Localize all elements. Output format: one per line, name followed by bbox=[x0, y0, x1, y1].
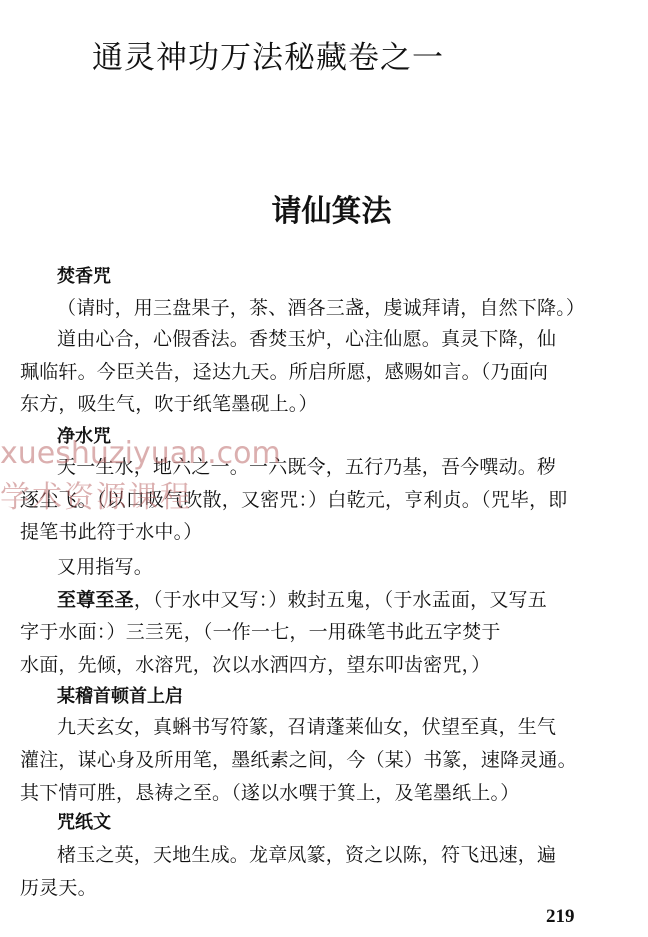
subheading-salutation: 某稽首顿首上启 bbox=[57, 682, 183, 708]
subheading-incense-spell: 焚香咒 bbox=[57, 262, 111, 288]
text-fragment: ，（于水中又写：）敕封五鬼，（于水盂面，又写五 bbox=[134, 589, 547, 611]
text-line: 九天玄女，真蝌书写符篆，召请蓬莱仙女，伏望至真，生气 bbox=[57, 712, 556, 739]
text-line: 灌注，谋心身及所用笔，墨纸素之间，今（某）书篆，速降灵通。 bbox=[20, 745, 577, 772]
text-line: 逐尘飞。（以口吸气吹散，又密咒：）白乾元，亨利贞。（咒毕，即 bbox=[20, 485, 568, 512]
text-line: 至尊至圣，（于水中又写：）敕封五鬼，（于水盂面，又写五 bbox=[57, 585, 547, 612]
text-line: 道由心合，心假香法。香焚玉炉，心注仙愿。真灵下降，仙 bbox=[57, 324, 556, 351]
inline-heading-supreme: 至尊至圣 bbox=[57, 589, 134, 611]
subheading-paper-spell: 咒纸文 bbox=[57, 808, 111, 834]
subheading-water-spell: 净水咒 bbox=[57, 422, 111, 448]
text-line: 楮玉之英，天地生成。龙章凤篆，资之以陈，符飞迅速，遍 bbox=[57, 840, 556, 867]
text-line: 珮临轩。今臣关告，迳达九天。所启所愿，感赐如言。（乃面向 bbox=[20, 357, 548, 384]
book-title: 通灵神功万法秘藏卷之一 bbox=[92, 32, 444, 77]
text-line: （请时，用三盘果子，茶、酒各三盏，虔诚拜请，自然下降。） bbox=[57, 293, 585, 320]
page-number: 219 bbox=[546, 906, 575, 928]
text-line: 其下情可胜，恳祷之至。（遂以水噀于箕上，及笔墨纸上。） bbox=[20, 778, 519, 805]
text-line: 字于水面：）三亖𠀡𦼰𦼰，（一作一七，一用硃笔书此五字焚于 bbox=[20, 617, 501, 644]
text-line: 天一生水，地六之一。一六既令，五行乃基，吾今噀动。秽 bbox=[57, 452, 556, 479]
text-line: 东方，吸生气，吹于纸笔墨砚上。） bbox=[20, 389, 318, 416]
text-line: 水面，先倾，水溶咒，次以水洒四方，望东叩齿密咒，） bbox=[20, 650, 491, 677]
text-line: 历灵天。 bbox=[20, 873, 97, 900]
document-page: 通灵神功万法秘藏卷之一 请仙箕法 焚香咒 （请时，用三盘果子，茶、酒各三盏，虔诚… bbox=[0, 0, 648, 937]
text-line: 提笔书此符于水中。） bbox=[20, 517, 203, 544]
section-title: 请仙箕法 bbox=[0, 186, 648, 230]
text-line: 又用指写。 bbox=[57, 552, 153, 579]
